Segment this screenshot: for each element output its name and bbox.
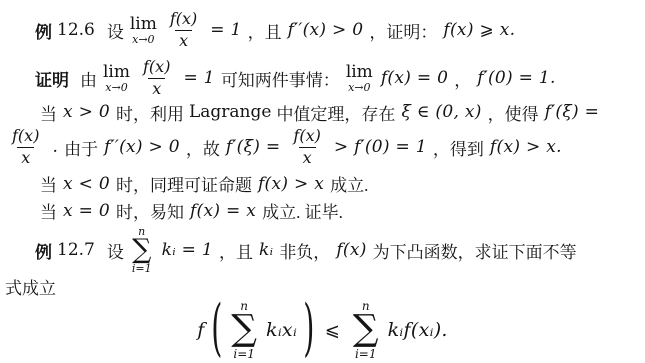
math-run: f′(ξ) = [226, 137, 281, 157]
example-number: 12.6 [57, 20, 95, 40]
example-label: 例 [35, 18, 52, 43]
line-continuation: 式成立 [0, 276, 645, 297]
proof-label: 证明 [35, 66, 69, 91]
lim-word: lim [346, 64, 373, 81]
cn-text: 时，利用 [116, 100, 184, 125]
lim-word: lim [103, 64, 130, 81]
fraction-numerator: f(x) [166, 10, 201, 29]
limit-block: lim x→0 [346, 64, 373, 93]
math-run: x < 0 [63, 174, 110, 194]
math-run: ξ ∈ (0, x) [401, 102, 481, 122]
line-case-negative: 当 x < 0 时，同理可证命题 f(x) > x 成立. [0, 170, 645, 197]
left-paren: ( [211, 299, 222, 361]
line-example-12-6: 例 12.6 设 lim x→0 f(x) x = 1 ，且 f′′(x) > … [0, 4, 645, 56]
fraction-denominator: x [175, 30, 192, 50]
math-run: = 1 [210, 20, 241, 40]
cn-text: ， [454, 66, 471, 91]
fraction: f(x) x [8, 127, 43, 167]
fraction-numerator: f(x) [139, 58, 174, 77]
cn-text: ，且 [219, 238, 253, 263]
math-run: x = 0 [63, 201, 110, 221]
cn-text: 由于 [64, 135, 98, 160]
cn-text: 可知两件事情： [221, 66, 340, 91]
fraction-denominator: x [17, 147, 34, 167]
math-run: > f′(0) = 1 [334, 137, 427, 157]
summation-block: n ∑ i=1 [353, 300, 379, 359]
math-run: f′′(x) > 0 [104, 137, 180, 157]
summation-block: n ∑ i=1 [231, 300, 257, 359]
fraction-denominator: x [148, 78, 165, 98]
math-run: kᵢ [259, 240, 273, 260]
cn-text: 非负， [279, 238, 330, 263]
lagrange-word: Lagrange [189, 102, 271, 122]
cn-text: 时，同理可证命题 [116, 171, 252, 196]
fraction-denominator: x [299, 147, 316, 167]
function-f: f [197, 319, 204, 341]
math-run: x > 0 [63, 102, 110, 122]
cn-text: 成立. 证毕. [262, 198, 343, 223]
fraction-numerator: f(x) [289, 127, 324, 146]
lim-subscript: x→0 [105, 82, 127, 93]
cn-text: 时，易知 [116, 198, 184, 223]
cn-text: 当 [40, 100, 57, 125]
lim-subscript: x→0 [348, 82, 370, 93]
cn-text: ，且 [248, 18, 282, 43]
leq-slant-operator: ⩽ [325, 320, 340, 341]
math-run: f(x) ⩾ x. [443, 20, 515, 40]
math-run: f(x) > x. [490, 137, 562, 157]
sigma-symbol: ∑ [353, 312, 379, 346]
math-run: kᵢxᵢ [266, 319, 297, 341]
example-label: 例 [35, 238, 52, 263]
cn-text: 中值定理，存在 [276, 100, 395, 125]
cn-text: ，得到 [433, 135, 484, 160]
math-run: kᵢf(xᵢ). [388, 319, 448, 341]
cn-text: 为下凸函数，求证下面不等 [373, 238, 577, 263]
math-run: f(x) = x [190, 201, 256, 221]
line-case-zero: 当 x = 0 时，易知 f(x) = x 成立. 证毕. [0, 197, 645, 224]
limit-block: lim x→0 [103, 64, 130, 93]
example-number: 12.7 [57, 240, 95, 260]
math-run: f(x) [336, 240, 366, 260]
cn-text: 当 [40, 171, 57, 196]
line-case-positive: 当 x > 0 时，利用 Lagrange 中值定理，存在 ξ ∈ (0, x)… [0, 100, 645, 124]
sum-lower-limit: i=1 [355, 348, 377, 360]
math-run: f(x) > x [258, 174, 324, 194]
line-case-positive-cont: f(x) x . 由于 f′′(x) > 0 ，故 f′(ξ) = f(x) x… [0, 124, 645, 170]
fraction: f(x) x [166, 10, 201, 50]
math-run: f(x) = 0 [381, 68, 448, 88]
math-run: f′(0) = 1. [477, 68, 556, 88]
cn-text: ，故 [186, 135, 220, 160]
line-proof: 证明 由 lim x→0 f(x) x = 1 可知两件事情： lim x→0 … [0, 56, 645, 100]
sigma-symbol: ∑ [231, 312, 257, 346]
math-run: kᵢ = 1 [162, 240, 213, 260]
lim-subscript: x→0 [132, 34, 154, 45]
cn-text: 式成立 [5, 274, 56, 299]
math-run: f′′(x) > 0 [288, 20, 364, 40]
math-run: f′(ξ) = [545, 102, 600, 122]
cn-text: 成立. [330, 171, 368, 196]
cn-text: 由 [80, 66, 97, 91]
sum-lower-limit: i=1 [233, 348, 255, 360]
fraction: f(x) x [289, 127, 324, 167]
fraction: f(x) x [139, 58, 174, 98]
math-run: = 1 [183, 68, 214, 88]
cn-text: 当 [40, 198, 57, 223]
line-example-12-7: 例 12.7 设 n ∑ i=1 kᵢ = 1 ，且 kᵢ 非负， f(x) 为… [0, 224, 645, 276]
cn-text: ，使得 [488, 100, 539, 125]
cn-text-intro: 设 [107, 18, 124, 43]
textbook-page: 例 12.6 设 lim x→0 f(x) x = 1 ，且 f′′(x) > … [0, 0, 645, 363]
limit-block: lim x→0 [130, 16, 157, 45]
cn-text: ，证明： [369, 18, 437, 43]
summation-block: n ∑ i=1 [132, 226, 152, 275]
sigma-symbol: ∑ [132, 237, 151, 263]
display-equation: f ( n ∑ i=1 kᵢxᵢ ) ⩽ n ∑ i=1 kᵢf(xᵢ). [0, 297, 645, 363]
right-paren: ) [303, 299, 314, 361]
sum-lower-limit: i=1 [132, 263, 152, 274]
math-run: . [52, 137, 58, 157]
fraction-numerator: f(x) [8, 127, 43, 146]
cn-text-intro: 设 [107, 238, 124, 263]
lim-word: lim [130, 16, 157, 33]
